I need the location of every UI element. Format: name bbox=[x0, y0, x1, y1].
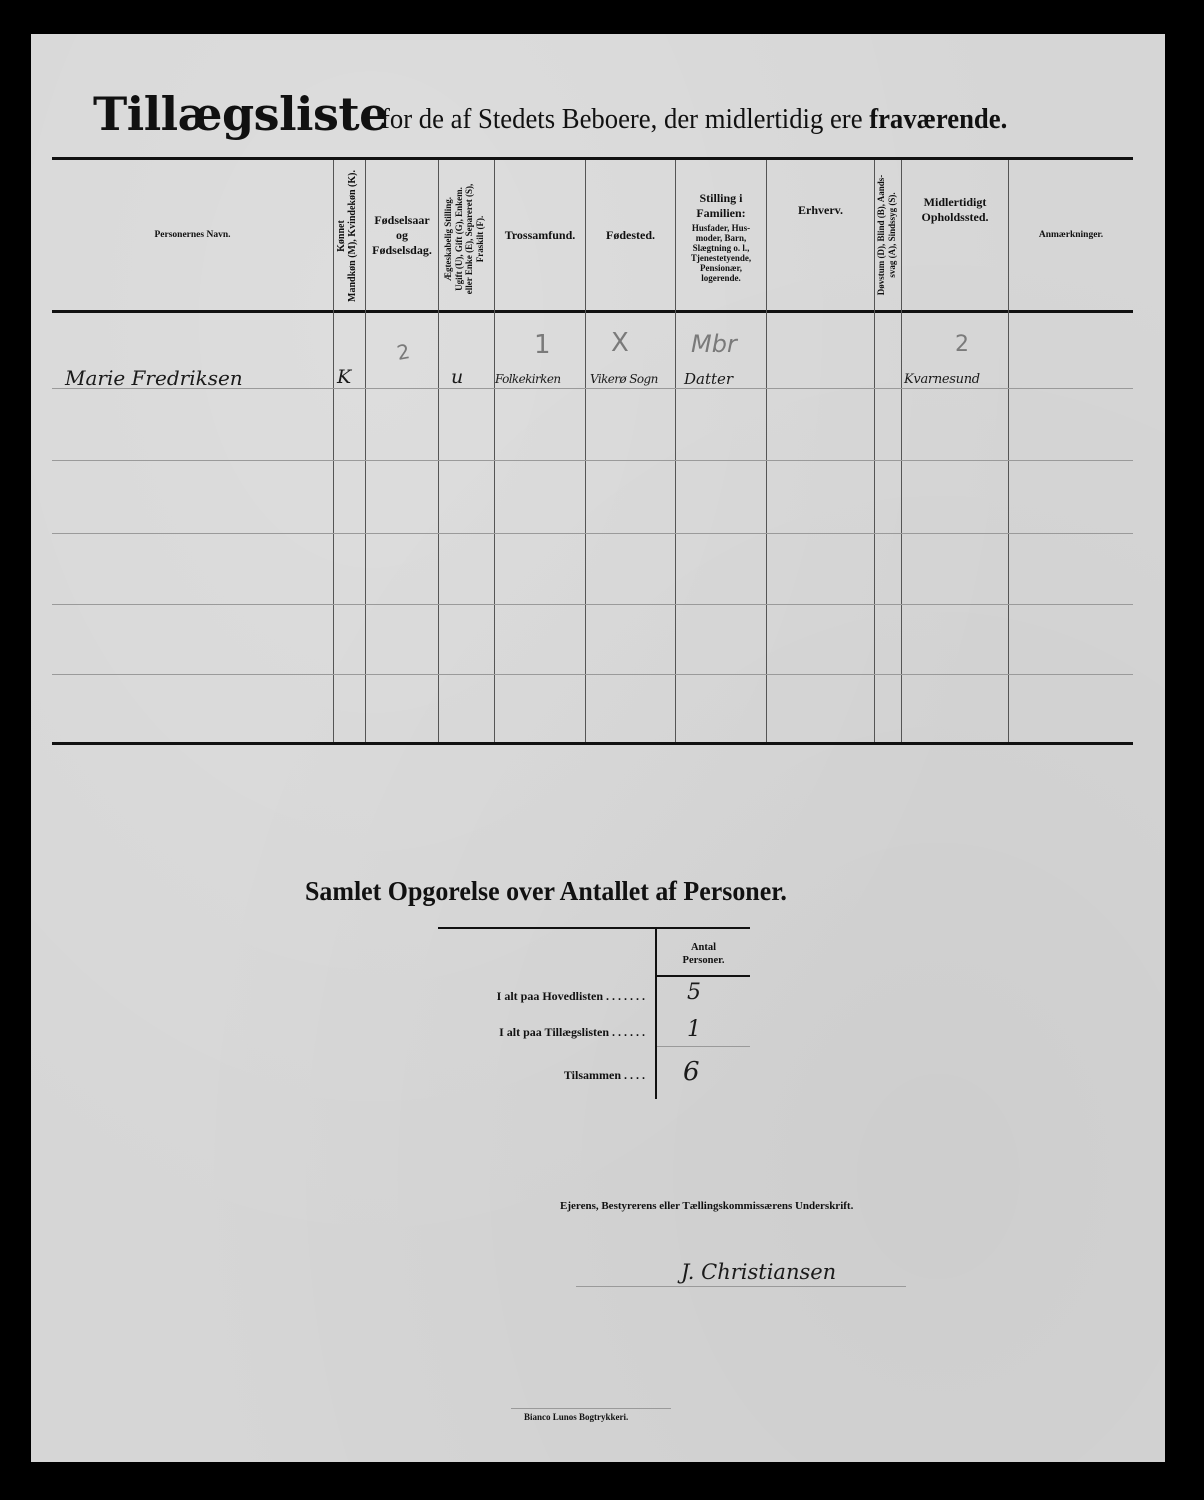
summary-value-main-list: 5 bbox=[687, 980, 701, 1005]
header-religion: Trossamfund. bbox=[495, 160, 585, 310]
header-birthplace: Fødested. bbox=[586, 160, 675, 310]
header-temp-residence: Midlertidigt Opholdssted. bbox=[902, 160, 1008, 260]
row-line bbox=[52, 604, 1133, 605]
header-sex: Kønnet Mandkøn (M), Kvindekøn (K). bbox=[336, 161, 362, 311]
form-subtitle-plain: for de af Stedets Beboere, der midlertid… bbox=[381, 103, 863, 135]
signature-name: J. Christiansen bbox=[681, 1260, 836, 1284]
summary-top-rule bbox=[438, 927, 750, 929]
header-birth: Fødselsaar og Fødselsdag. bbox=[366, 160, 438, 310]
header-occupation: Erhverv. bbox=[767, 160, 874, 260]
cell-birthplace: Vikerø Sogn bbox=[590, 372, 658, 386]
cell-temp-residence: Kvarnesund bbox=[904, 372, 980, 387]
cell-marital: u bbox=[451, 366, 463, 388]
summary-label-total: Tilsammen . . . . bbox=[564, 1068, 645, 1083]
pencil-mark-birth: 2 bbox=[395, 339, 412, 365]
row-line bbox=[52, 533, 1133, 534]
col-divider bbox=[333, 160, 334, 742]
header-family-position: Stilling i Familien: Husfader, Hus- mode… bbox=[676, 164, 766, 310]
row-line bbox=[52, 460, 1133, 461]
header-name: Personernes Navn. bbox=[52, 160, 333, 310]
signature-line bbox=[576, 1286, 906, 1287]
summary-value-total: 6 bbox=[683, 1057, 700, 1087]
pencil-mark-religion: 1 bbox=[534, 330, 551, 360]
printer-rule bbox=[511, 1408, 671, 1409]
col-divider bbox=[874, 160, 875, 742]
pencil-mark-temp-residence: 2 bbox=[955, 332, 969, 357]
signature-caption: Ejerens, Bestyrerens eller Tællingskommi… bbox=[560, 1200, 853, 1212]
summary-value-supplement-list: 1 bbox=[687, 1017, 701, 1042]
form-subtitle: for de af Stedets Beboere, der midlertid… bbox=[381, 101, 1007, 137]
summary-label-supplement-list: I alt paa Tillægslisten . . . . . . bbox=[499, 1025, 645, 1040]
pencil-mark-family-position: Mbr bbox=[691, 330, 737, 358]
cell-family-position: Datter bbox=[684, 370, 733, 388]
summary-header-rule bbox=[657, 975, 750, 977]
col-divider bbox=[438, 160, 439, 742]
cell-name: Marie Fredriksen bbox=[65, 366, 243, 390]
cell-religion: Folkekirken bbox=[495, 372, 560, 386]
summary-subtotal-rule bbox=[657, 1046, 750, 1047]
summary-title: Samlet Opgorelse over Antallet af Person… bbox=[305, 876, 787, 907]
row-line bbox=[52, 674, 1133, 675]
form-title: Tillægsliste bbox=[93, 84, 388, 144]
summary-count-header: Antal Personer. bbox=[657, 934, 750, 974]
census-form-page: Tillægsliste for de af Stedets Beboere, … bbox=[31, 34, 1165, 1462]
table-header-rule bbox=[52, 310, 1133, 313]
table-bottom-rule bbox=[52, 742, 1133, 745]
header-disability: Døvstum (D), Blind (B), Aands- svag (A),… bbox=[876, 160, 900, 310]
form-subtitle-bold: fraværende. bbox=[869, 103, 1007, 135]
header-marital: Ægteskabelig Stilling. Ugift (U), Gift (… bbox=[443, 164, 489, 314]
summary-label-main-list: I alt paa Hovedlisten . . . . . . . bbox=[497, 989, 645, 1004]
header-remarks: Anmærkninger. bbox=[1009, 160, 1133, 310]
cell-sex: K bbox=[337, 366, 351, 388]
pencil-mark-birthplace: X bbox=[611, 328, 629, 358]
printer-imprint: Bianco Lunos Bogtrykkeri. bbox=[524, 1412, 628, 1422]
